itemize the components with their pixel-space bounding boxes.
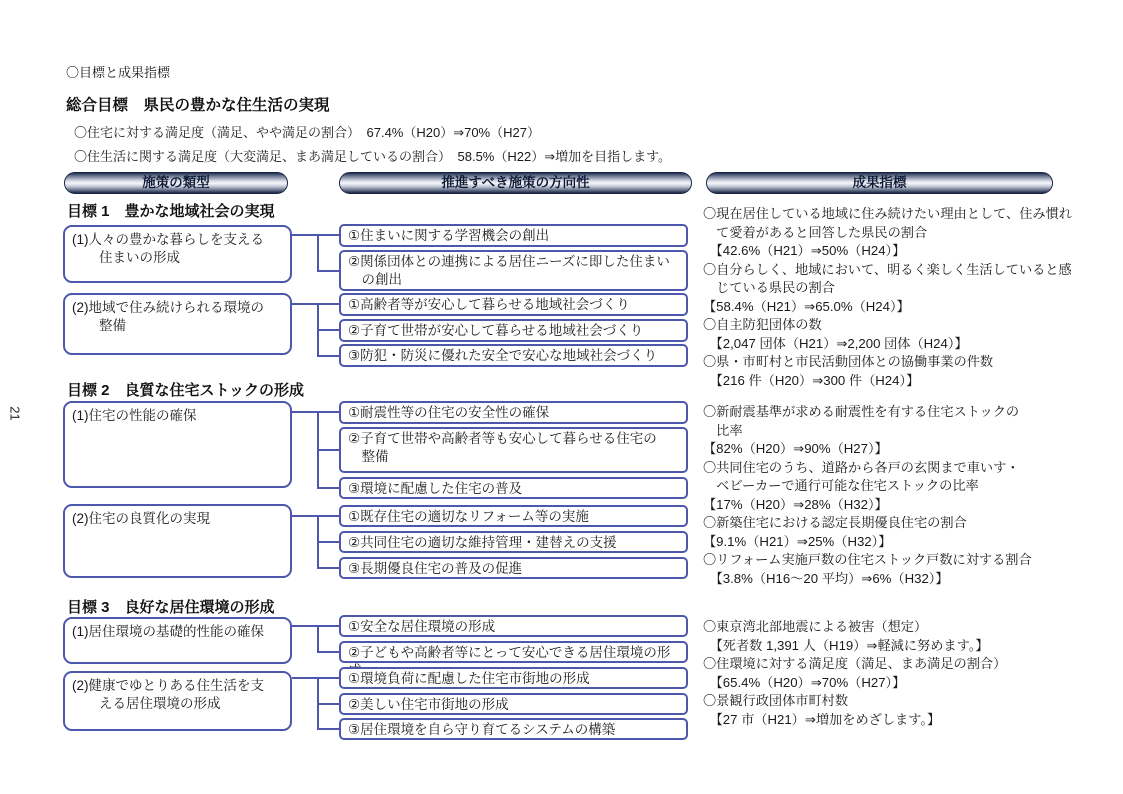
- goal1-direction-box-4: ②子育て世帯が安心して暮らせる地域社会づくり: [339, 319, 688, 342]
- goal2-direction-box-5: ②共同住宅の適切な維持管理・建替えの支援: [339, 531, 688, 553]
- overall-bullet-housing-satisfaction: 〇住宅に対する満足度（満足、やや満足の割合） 67.4%（H20）⇒70%（H2…: [74, 122, 540, 141]
- goal1-policy-type-box-2: (2)地域で住み続けられる環境の 整備: [63, 293, 292, 355]
- goal3-policy-type-box-1: (1)居住環境の基礎的性能の確保: [63, 617, 292, 664]
- goal2-policy-type-box-1: (1)住宅の性能の確保: [63, 401, 292, 488]
- connector-line: [317, 487, 339, 489]
- connector-line: [292, 411, 339, 413]
- connector-line: [317, 541, 339, 543]
- goal3-policy-type-box-2: (2)健康でゆとりある住生活を支 える居住環境の形成: [63, 671, 292, 731]
- indicator-block: 〇自主防犯団体の数 【2,047 団体（H21）⇒2,200 団体（H24）】: [703, 316, 1121, 353]
- indicator-block: 〇住環境に対する満足度（満足、まあ満足の割合） 【65.4%（H20）⇒70%（…: [703, 655, 1121, 692]
- goal1-direction-box-2: ②関係団体との連携による居住ニーズに即した住まい の創出: [339, 250, 688, 291]
- goal3-direction-box-5: ③居住環境を自ら守り育てるシステムの構築: [339, 718, 688, 740]
- connector-line: [317, 449, 339, 451]
- overall-bullet-living-satisfaction: 〇住生活に関する満足度（大変満足、まあ満足しているの割合） 58.5%（H22）…: [74, 146, 671, 165]
- goal1-direction-box-5: ③防犯・防災に優れた安全で安心な地域社会づくり: [339, 344, 688, 367]
- connector-line: [292, 515, 339, 517]
- goal3-direction-box-1: ①安全な居住環境の形成: [339, 615, 688, 637]
- overall-goal-title: 総合目標 県民の豊かな住生活の実現: [66, 93, 330, 115]
- column-header-indicators: 成果指標: [706, 172, 1053, 194]
- connector-line: [317, 625, 319, 653]
- indicator-block: 〇県・市町村と市民活動団体との協働事業の件数 【216 件（H20）⇒300 件…: [703, 353, 1121, 390]
- connector-line: [317, 329, 339, 331]
- indicator-block: 〇現在居住している地域に住み続けたい理由として、住み慣れ て愛着があると回答した…: [703, 205, 1121, 261]
- connector-line: [317, 651, 339, 653]
- connector-line: [317, 355, 339, 357]
- goal-3-heading: 目標 3 良好な居住環境の形成: [67, 596, 275, 617]
- goal3-direction-box-3: ①環境負荷に配慮した住宅市街地の形成: [339, 667, 688, 689]
- connector-line: [317, 703, 339, 705]
- goal2-direction-box-6: ③長期優良住宅の普及の促進: [339, 557, 688, 579]
- goal2-direction-box-4: ①既存住宅の適切なリフォーム等の実施: [339, 505, 688, 527]
- goal1-direction-box-1: ①住まいに関する学習機会の創出: [339, 224, 688, 247]
- goal1-direction-box-3: ①高齢者等が安心して暮らせる地域社会づくり: [339, 293, 688, 316]
- goal3-indicator-column: 〇東京湾北部地震による被害（想定） 【死者数 1,391 人（H19）⇒軽減に努…: [703, 618, 1121, 729]
- goal1-policy-type-box-1: (1)人々の豊かな暮らしを支える 住まいの形成: [63, 225, 292, 283]
- column-header-policy-types: 施策の類型: [64, 172, 288, 194]
- connector-line: [317, 567, 339, 569]
- column-header-directions: 推進すべき施策の方向性: [339, 172, 692, 194]
- indicator-block: 〇景観行政団体市町村数 【27 市（H21）⇒増加をめざします。】: [703, 692, 1121, 729]
- connector-line: [317, 270, 339, 272]
- goal-1-heading: 目標 1 豊かな地域社会の実現: [67, 200, 275, 221]
- indicator-block: 〇リフォーム実施戸数の住宅ストック戸数に対する割合 【3.8%（H16～20 平…: [703, 551, 1121, 588]
- goal2-direction-box-3: ③環境に配慮した住宅の普及: [339, 477, 688, 499]
- connector-line: [292, 677, 339, 679]
- indicator-block: 〇自分らしく、地域において、明るく楽しく生活していると感 じている県民の割合 【…: [703, 261, 1121, 317]
- goal1-indicator-column: 〇現在居住している地域に住み続けたい理由として、住み慣れ て愛着があると回答した…: [703, 205, 1121, 390]
- goal2-direction-box-1: ①耐震性等の住宅の安全性の確保: [339, 401, 688, 424]
- indicator-block: 〇東京湾北部地震による被害（想定） 【死者数 1,391 人（H19）⇒軽減に努…: [703, 618, 1121, 655]
- indicator-block: 〇共同住宅のうち、道路から各戸の玄関まで車いす・ ベビーカーで通行可能な住宅スト…: [703, 459, 1121, 515]
- indicator-block: 〇新耐震基準が求める耐震性を有する住宅ストックの 比率 【82%（H20）⇒90…: [703, 403, 1121, 459]
- goal3-direction-box-4: ②美しい住宅市街地の形成: [339, 693, 688, 715]
- goal2-direction-box-2: ②子育て世帯や高齢者等も安心して暮らせる住宅の 整備: [339, 427, 688, 473]
- connector-line: [317, 234, 319, 272]
- indicator-block: 〇新築住宅における認定長期優良住宅の割合 【9.1%（H21）⇒25%（H32）…: [703, 514, 1121, 551]
- goal2-indicator-column: 〇新耐震基準が求める耐震性を有する住宅ストックの 比率 【82%（H20）⇒90…: [703, 403, 1121, 588]
- connector-line: [292, 303, 339, 305]
- page-number: 21: [8, 406, 23, 420]
- goal3-direction-box-2: ②子どもや高齢者等にとって安心できる居住環境の形成: [339, 641, 688, 663]
- connector-line: [317, 728, 339, 730]
- goal2-policy-type-box-2: (2)住宅の良質化の実現: [63, 504, 292, 578]
- page-header: 〇目標と成果指標: [66, 62, 170, 81]
- goal-2-heading: 目標 2 良質な住宅ストックの形成: [67, 379, 304, 400]
- connector-line: [292, 625, 339, 627]
- document-page: 21 〇目標と成果指標 総合目標 県民の豊かな住生活の実現 〇住宅に対する満足度…: [0, 0, 1123, 794]
- connector-line: [292, 234, 339, 236]
